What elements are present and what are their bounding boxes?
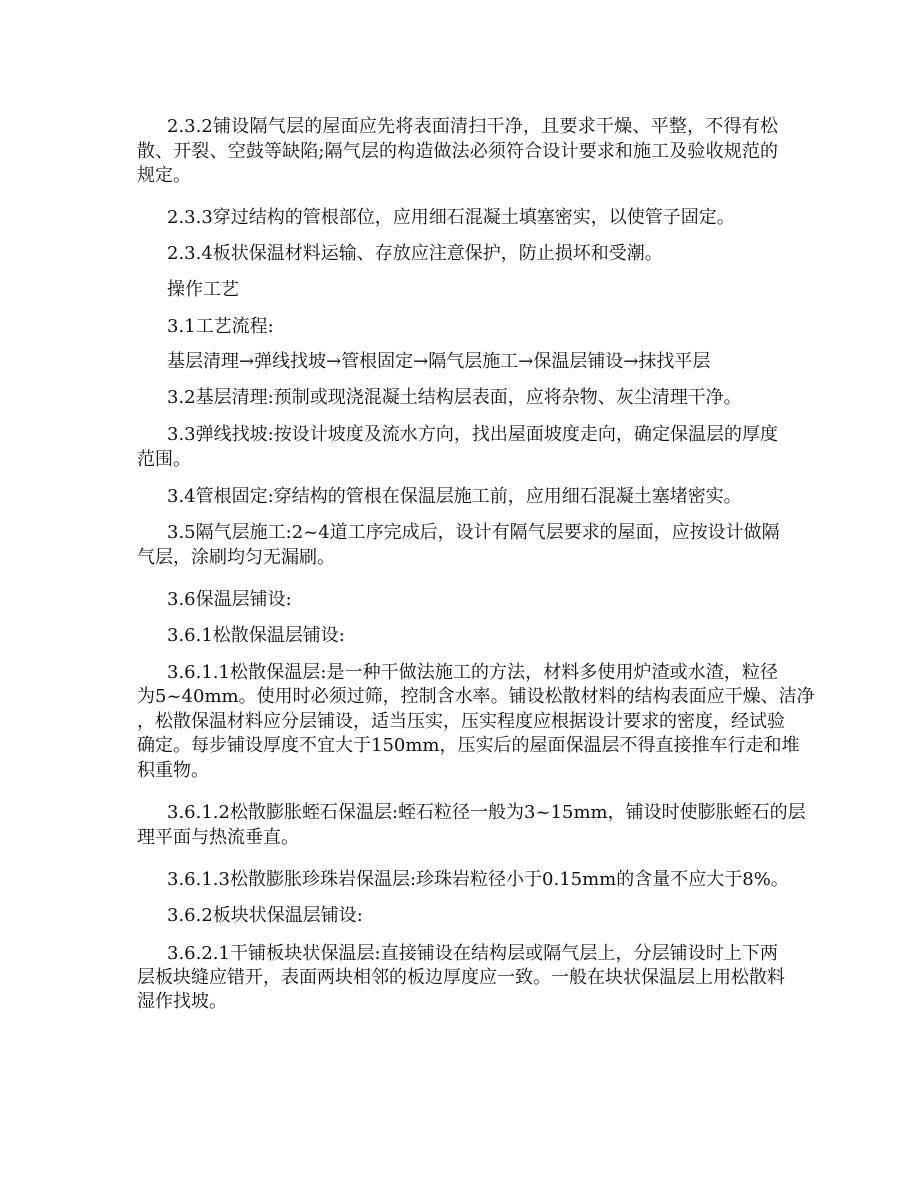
paragraph-line: 3.1工艺流程:	[167, 315, 778, 339]
paragraph-line: 散、开裂、空鼓等缺陷;隔气层的构造做法必须符合设计要求和施工及验收规范的	[137, 140, 778, 164]
paragraph-line: 3.2基层清理:预制或现浇混凝土结构层表面，应将杂物、灰尘清理干净。	[167, 386, 778, 410]
paragraph-line: 2.3.3穿过结构的管根部位，应用细石混凝土填塞密实，以使管子固定。	[167, 206, 778, 230]
paragraph-line: 3.6.1.1松散保温层:是一种干做法施工的方法，材料多使用炉渣或水渣，粒径	[167, 661, 778, 685]
process-flow-line: 基层清理→弹线找坡→管根固定→隔气层施工→保温层铺设→抹找平层	[167, 350, 778, 374]
paragraph-line: 3.6.1.3松散膨胀珍珠岩保温层:珍珠岩粒径小于0.15mm的含量不应大于8%…	[167, 868, 778, 892]
paragraph-line: ，松散保温材料应分层铺设，适当压实，压实程度应根据设计要求的密度，经试验	[137, 710, 778, 734]
paragraph-line: 层板块缝应错开，表面两块相邻的板边厚度应一致。一般在块状保温层上用松散料	[137, 966, 778, 990]
paragraph-line: 3.5隔气层施工:2~4道工序完成后，设计有隔气层要求的屋面，应按设计做隔	[167, 521, 778, 545]
paragraph-line: 范围。	[137, 448, 778, 472]
paragraph-line: 2.3.2铺设隔气层的屋面应先将表面清扫干净，且要求干燥、平整，不得有松	[167, 115, 778, 139]
paragraph-line: 气层，涂刷均匀无漏刷。	[137, 546, 778, 570]
paragraph-line: 理平面与热流垂直。	[137, 826, 778, 850]
paragraph-line: 3.6.2板块状保温层铺设:	[167, 904, 778, 928]
paragraph-line: 积重物。	[137, 759, 778, 783]
paragraph-line: 确定。每步铺设厚度不宜大于150mm，压实后的屋面保温层不得直接推车行走和堆	[137, 734, 778, 758]
paragraph-line: 规定。	[137, 164, 778, 188]
paragraph-line: 3.6.1松散保温层铺设:	[167, 624, 778, 648]
paragraph-line: 3.4管根固定:穿结构的管根在保温层施工前，应用细石混凝土塞堵密实。	[167, 485, 778, 509]
paragraph-line: 3.3弹线找坡:按设计坡度及流水方向，找出屋面坡度走向，确定保温层的厚度	[167, 423, 778, 447]
section-heading-text: 操作工艺	[167, 278, 778, 302]
paragraph-line: 3.6保温层铺设:	[167, 588, 778, 612]
paragraph-line: 3.6.1.2松散膨胀蛭石保温层:蛭石粒径一般为3~15mm，铺设时使膨胀蛭石的…	[167, 801, 778, 825]
paragraph-line: 2.3.4板状保温材料运输、存放应注意保护，防止损坏和受潮。	[167, 242, 778, 266]
paragraph-line: 3.6.2.1干铺板块状保温层:直接铺设在结构层或隔气层上，分层铺设时上下两	[167, 942, 778, 966]
document-page: 2.3.2铺设隔气层的屋面应先将表面清扫干净，且要求干燥、平整，不得有松 散、开…	[0, 0, 920, 1191]
paragraph-line: 为5~40mm。使用时必须过筛，控制含水率。铺设松散材料的结构表面应干燥、洁净	[137, 685, 778, 709]
paragraph-line: 湿作找坡。	[137, 990, 778, 1014]
